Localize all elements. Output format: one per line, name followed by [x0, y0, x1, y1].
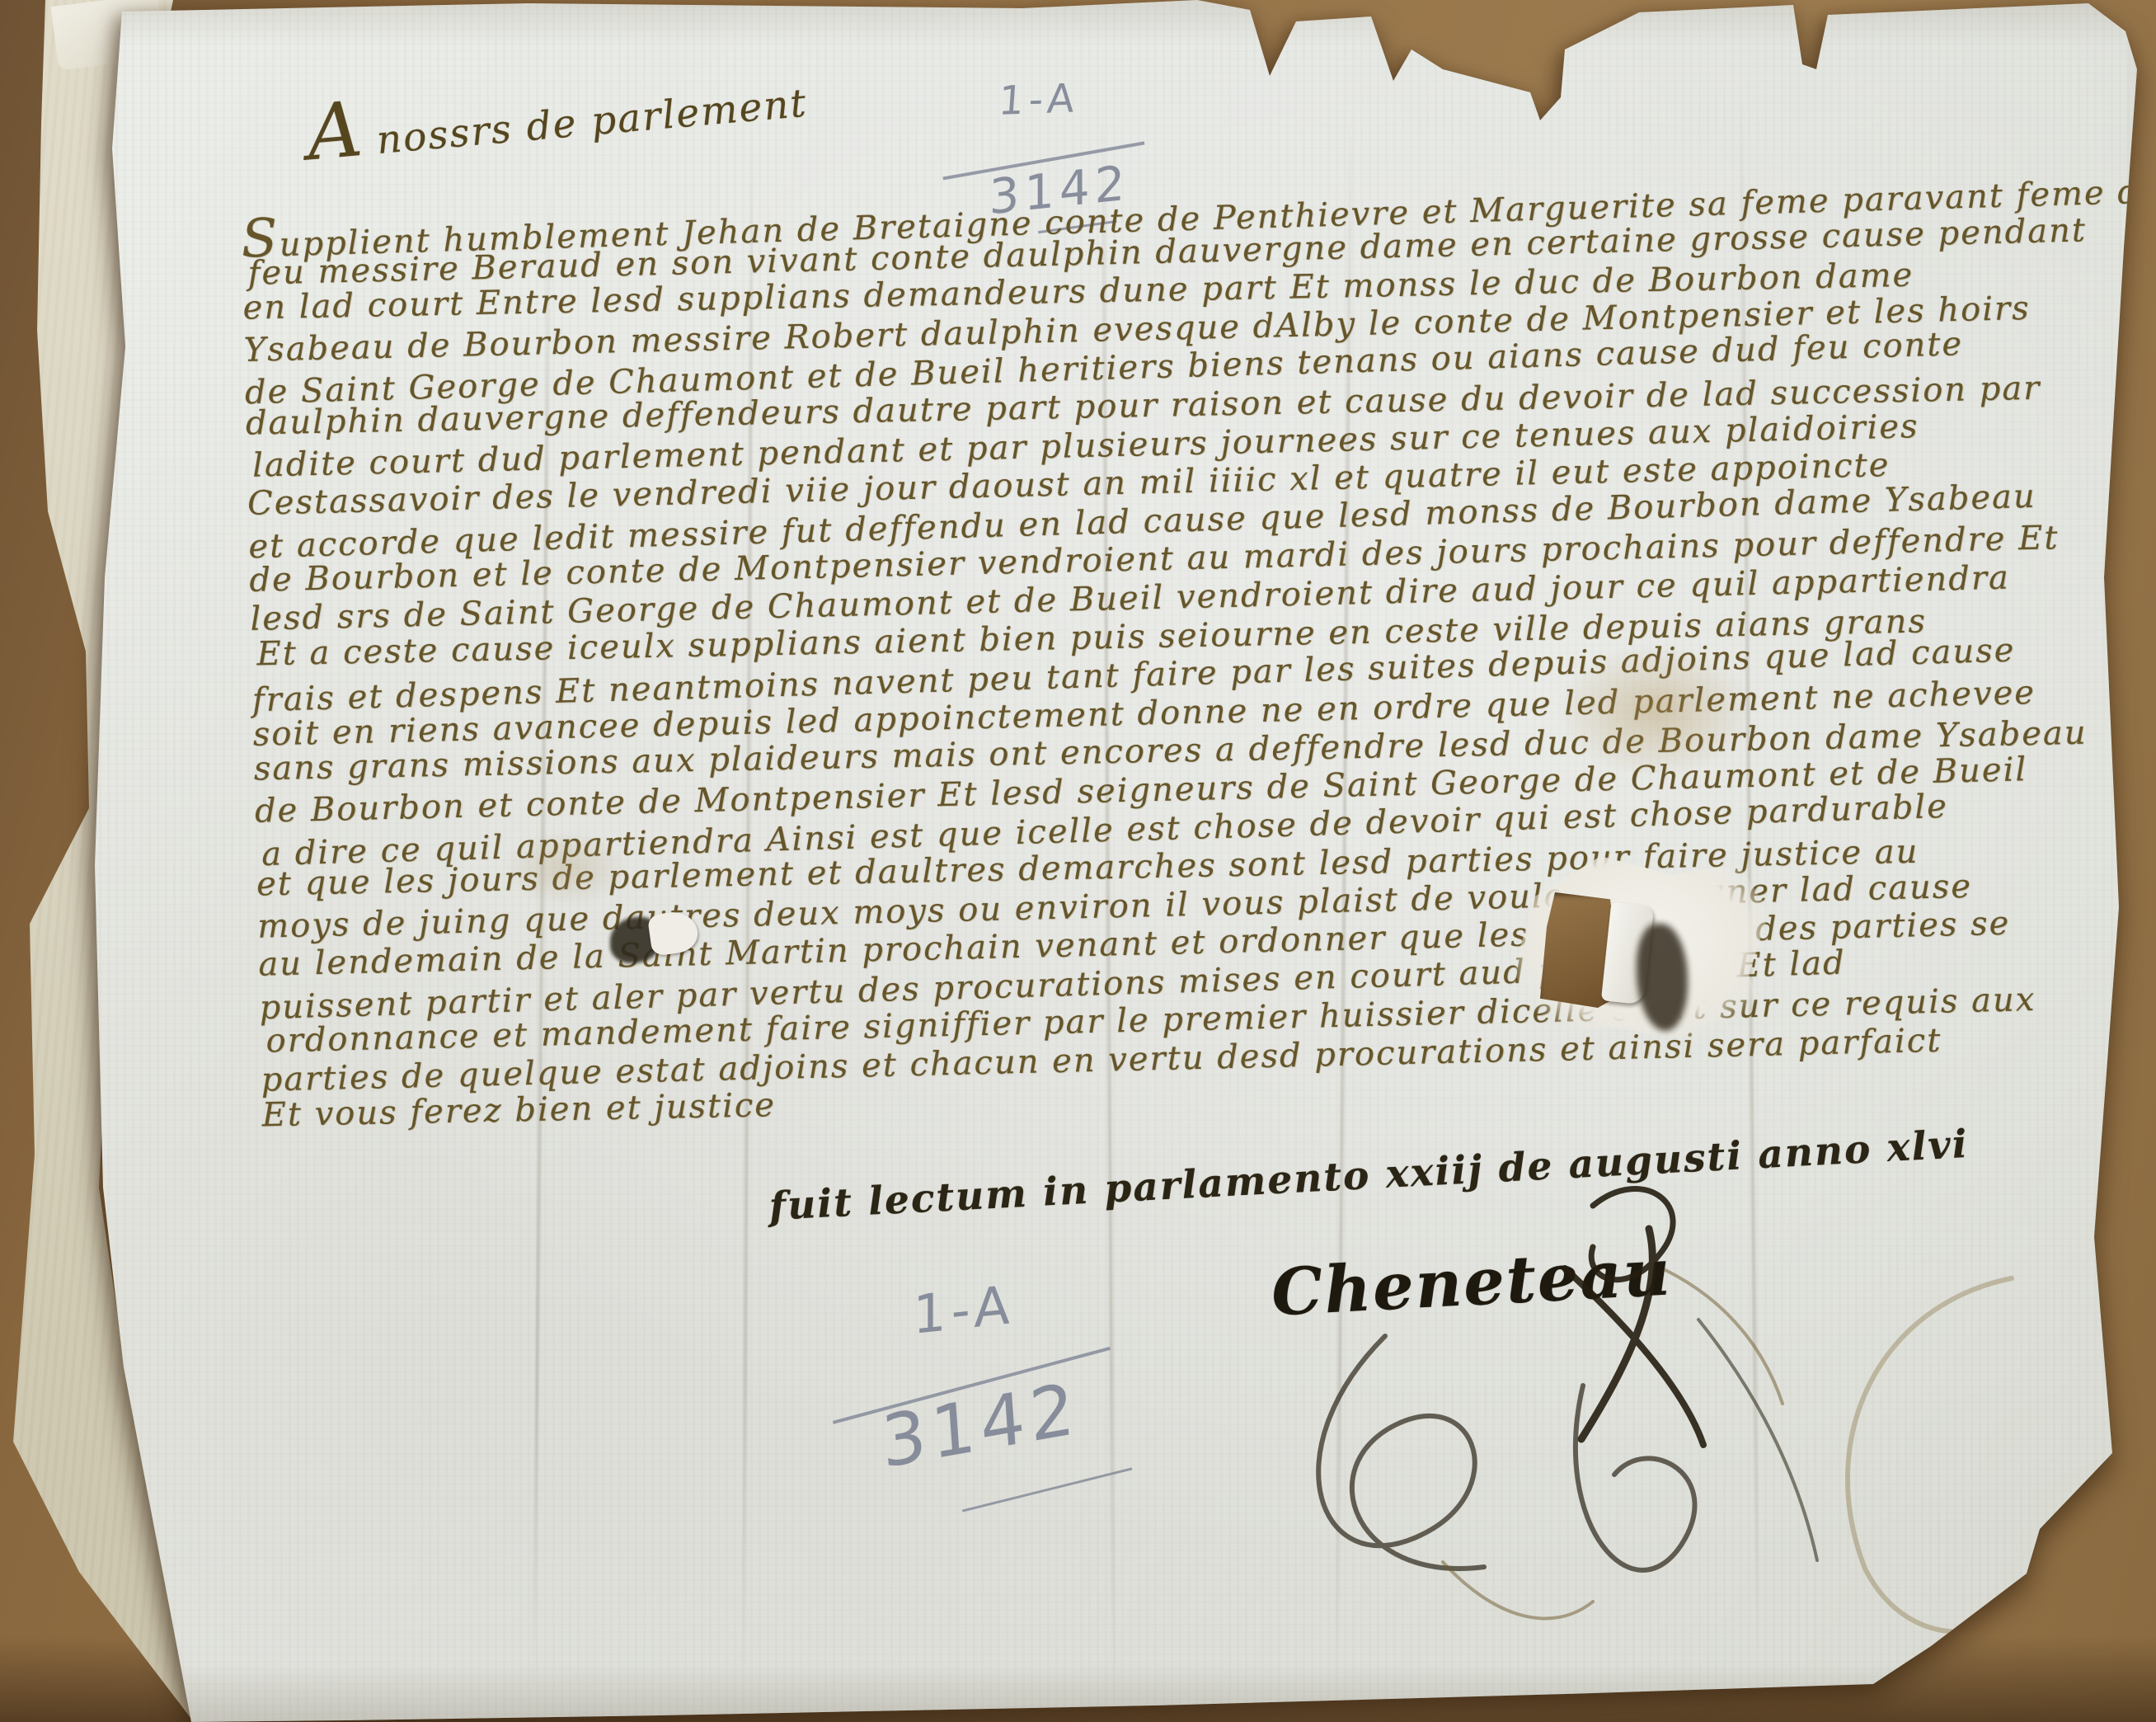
photo-of-manuscript: A nossrs de parlement 1-A 3142 Supplient… — [0, 0, 2156, 1722]
document-wrapper: A nossrs de parlement 1-A 3142 Supplient… — [0, 0, 2156, 1722]
archival-ref-bottom: 1-A 3142 — [818, 1259, 1187, 1533]
archival-ref-top-numerator: 1-A — [997, 75, 1081, 125]
manuscript-sheet: A nossrs de parlement 1-A 3142 Supplient… — [0, 0, 2156, 1722]
docket-heading: A nossrs de parlement — [305, 68, 809, 170]
manuscript-body: Supplient humblement Jehan de Bretaigne … — [241, 172, 2117, 1138]
underline — [962, 1467, 1132, 1512]
archival-ref-bottom-denominator: 3142 — [879, 1367, 1082, 1484]
ink-stain — [1557, 645, 1754, 777]
paper-smudge — [505, 831, 628, 906]
archival-ref-bottom-numerator: 1-A — [913, 1275, 1015, 1347]
faint-pen-curve — [1764, 1254, 2061, 1682]
